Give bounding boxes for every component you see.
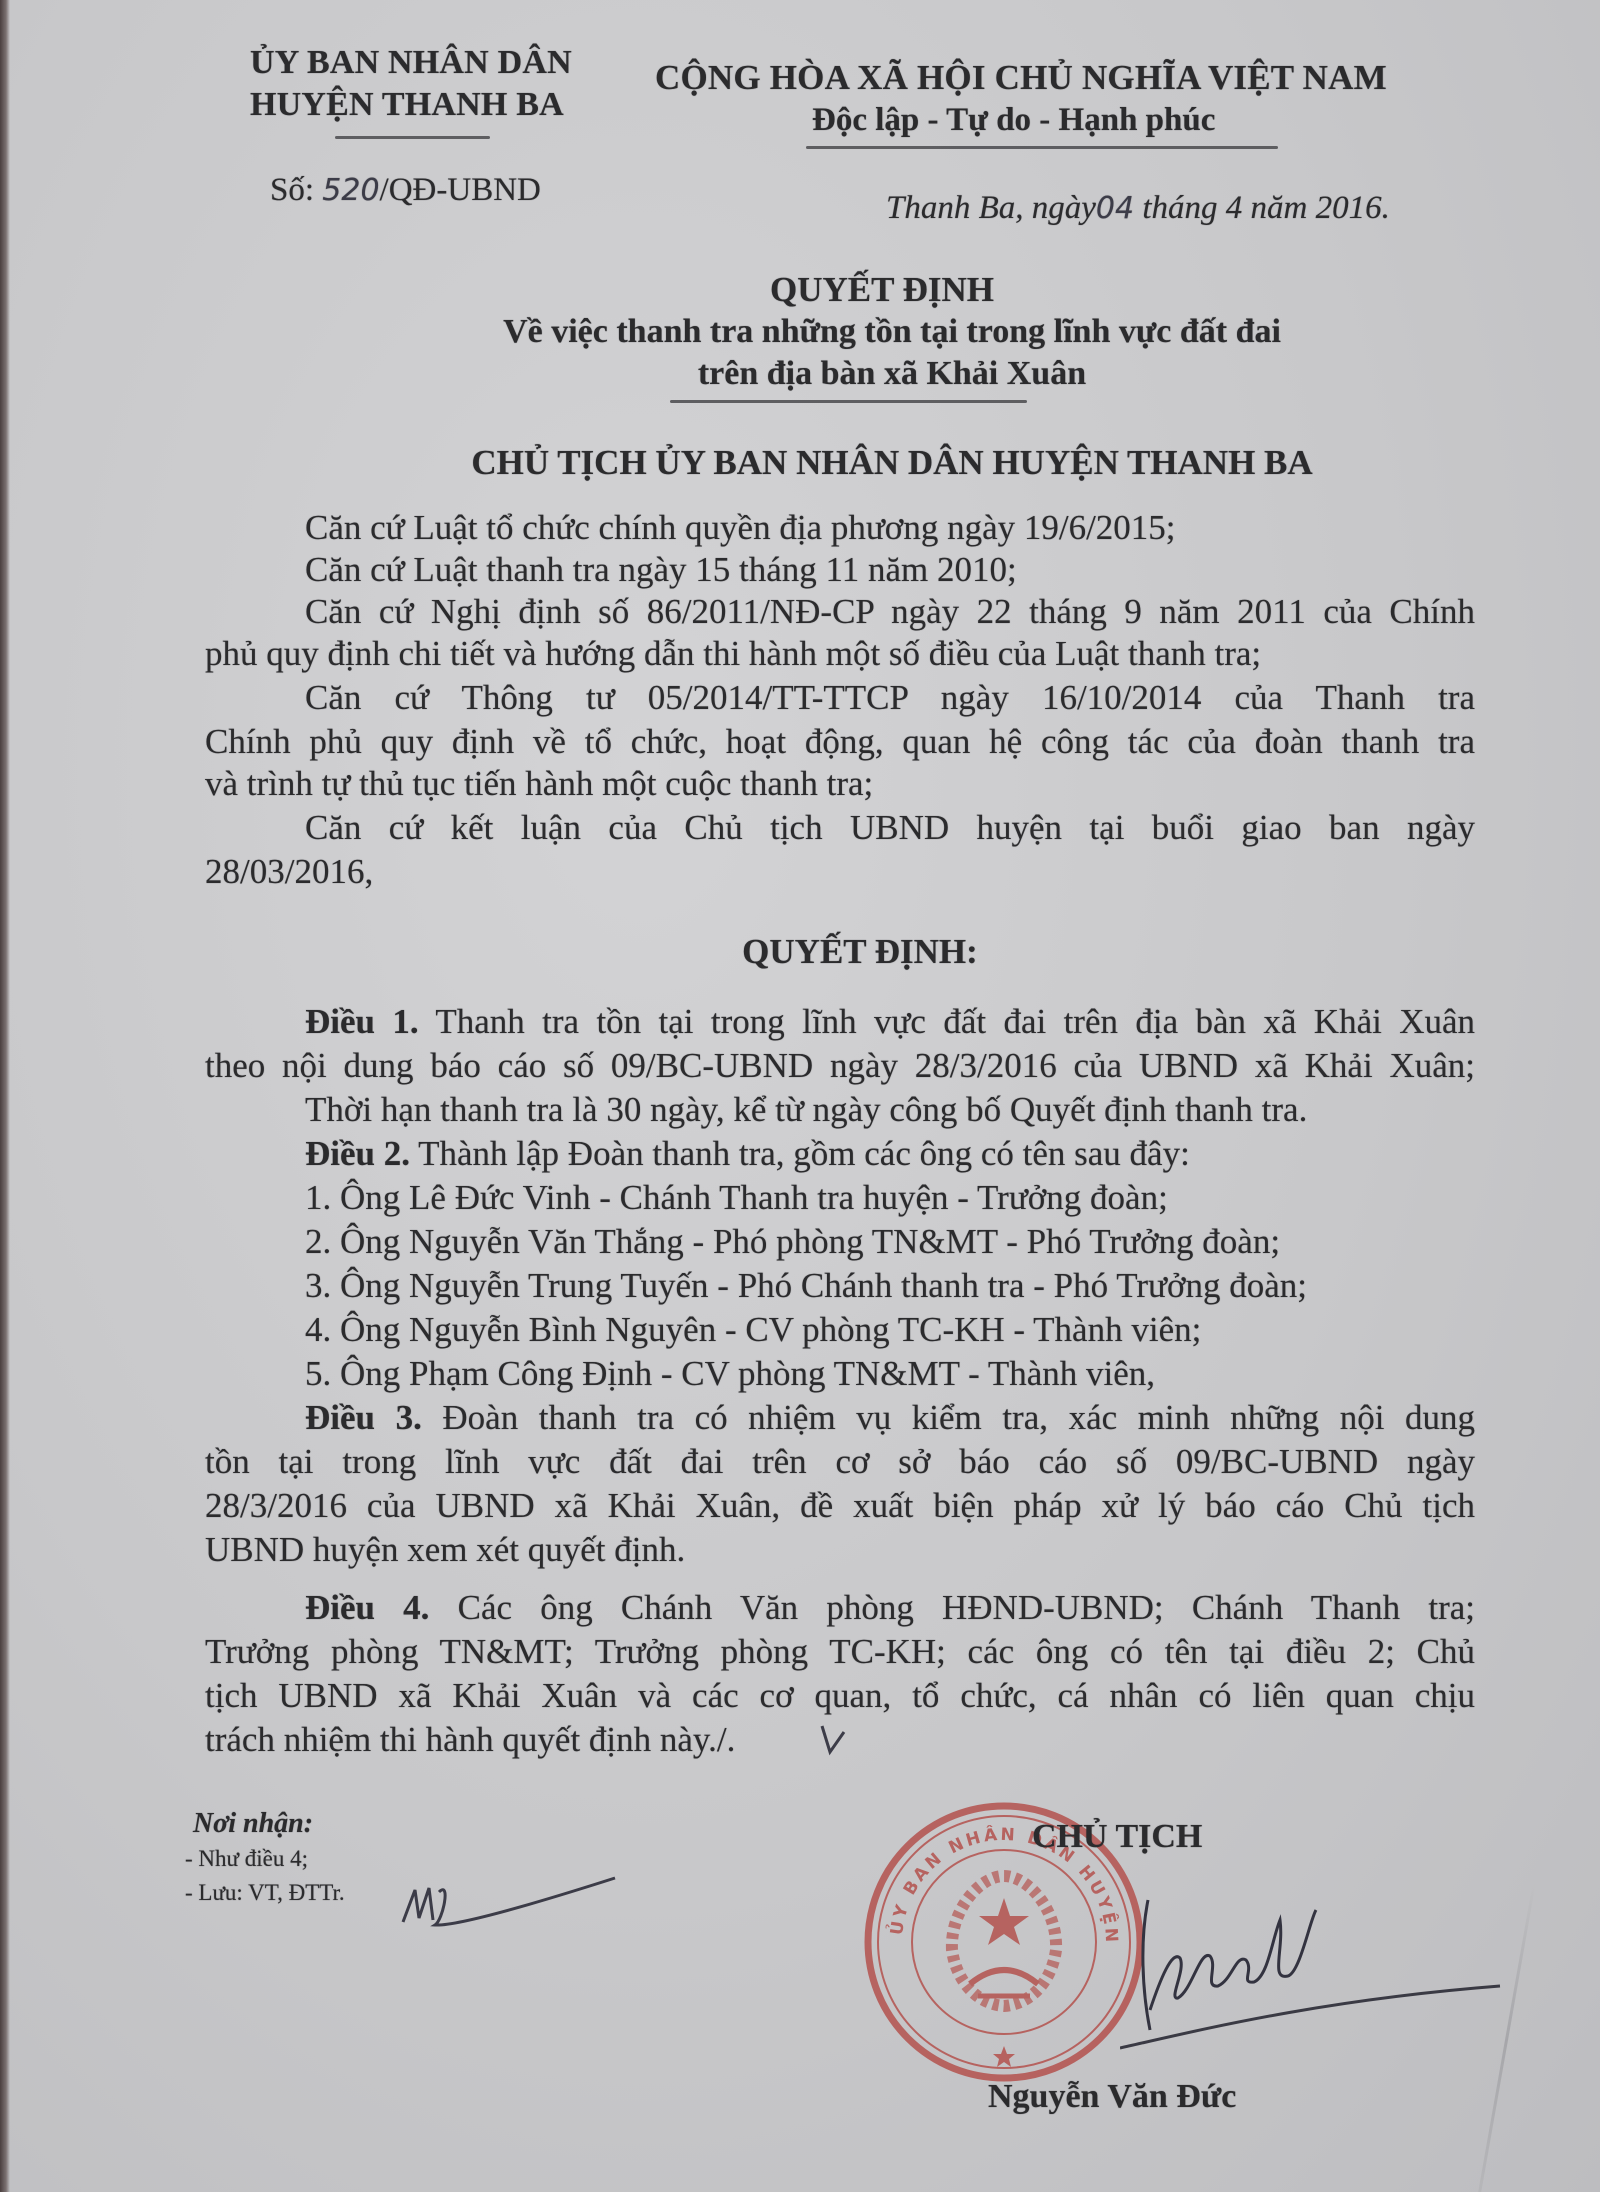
article-3-line: 28/3/2016 của UBND xã Khải Xuân, đề xuất… <box>205 1484 1475 1528</box>
article-4-line: tịch UBND xã Khải Xuân và các cơ quan, t… <box>205 1674 1475 1718</box>
preamble-line: Căn cứ Luật thanh tra ngày 15 tháng 11 n… <box>305 548 1475 592</box>
preamble-line: Căn cứ Luật tổ chức chính quyền địa phươ… <box>305 506 1475 550</box>
preamble-line: Căn cứ Nghị định số 86/2011/NĐ-CP ngày 2… <box>305 590 1475 634</box>
member-item: 5. Ông Phạm Công Định - CV phòng TN&MT -… <box>305 1352 1475 1396</box>
preamble-line: 28/03/2016, <box>205 850 1475 894</box>
doc-number: Số: 520/QĐ-UBND <box>270 172 541 209</box>
issue-date-day-handwritten: 04 <box>1096 191 1134 226</box>
initials-signature-icon <box>395 1870 655 1940</box>
article-4-label: Điều 4. <box>305 1588 429 1627</box>
member-item: 1. Ông Lê Đức Vinh - Chánh Thanh tra huy… <box>305 1176 1475 1220</box>
recipients-heading: Nơi nhận: <box>193 1808 313 1840</box>
article-2-label: Điều 2. <box>305 1134 410 1173</box>
article-4-line: Trưởng phòng TN&MT; Trưởng phòng TC-KH; … <box>205 1630 1475 1674</box>
signer-title: CHỦ TỊCH <box>1032 1818 1202 1856</box>
signer-name: Nguyễn Văn Đức <box>988 2078 1236 2116</box>
article-1-line: theo nội dung báo cáo số 09/BC-UBND ngày… <box>205 1044 1475 1088</box>
member-item: 2. Ông Nguyễn Văn Thắng - Phó phòng TN&M… <box>305 1220 1475 1264</box>
preamble-line: Căn cứ kết luận của Chủ tịch UBND huyện … <box>305 806 1475 850</box>
article-3-line: Điều 3. Đoàn thanh tra có nhiệm vụ kiểm … <box>305 1396 1475 1440</box>
handwritten-checkmark-icon <box>818 1722 848 1762</box>
issue-date: Thanh Ba, ngày04 tháng 4 năm 2016. <box>886 190 1390 227</box>
doc-number-label: Số: <box>270 172 314 208</box>
article-4-line: Điều 4. Các ông Chánh Văn phòng HĐND-UBN… <box>305 1586 1475 1630</box>
preamble-line: Chính phủ quy định về tổ chức, hoạt động… <box>205 720 1475 764</box>
nation-title: CỘNG HÒA XÃ HỘI CHỦ NGHĨA VIỆT NAM <box>655 58 1387 98</box>
recipient-item: - Lưu: VT, ĐTTr. <box>185 1880 345 1906</box>
handwritten-signature-icon <box>1120 1880 1520 2060</box>
document-subject-line1: Về việc thanh tra những tồn tại trong lĩ… <box>0 313 1600 351</box>
article-3-line: UBND huyện xem xét quyết định. <box>205 1528 1475 1572</box>
issue-date-suffix: tháng 4 năm 2016. <box>1142 190 1390 226</box>
article-1-label: Điều 1. <box>305 1002 419 1041</box>
document-subject-line2: trên địa bàn xã Khải Xuân <box>0 355 1600 393</box>
motto-underline <box>806 146 1278 149</box>
document-title: QUYẾT ĐỊNH <box>0 270 1600 310</box>
subject-underline <box>670 400 1027 403</box>
issue-date-prefix: Thanh Ba, ngày <box>886 190 1096 226</box>
issuing-authority: CHỦ TỊCH ỦY BAN NHÂN DÂN HUYỆN THANH BA <box>0 443 1600 483</box>
org-name-line1: ỦY BAN NHÂN DÂN <box>250 44 572 82</box>
org-underline <box>335 136 490 139</box>
recipient-item: - Như điều 4; <box>185 1846 308 1872</box>
article-3-label: Điều 3. <box>305 1398 422 1437</box>
nation-motto: Độc lập - Tự do - Hạnh phúc <box>812 102 1215 139</box>
article-2-line: Điều 2. Thành lập Đoàn thanh tra, gồm cá… <box>305 1132 1475 1176</box>
article-1-line: Thời hạn thanh tra là 30 ngày, kể từ ngà… <box>305 1088 1475 1132</box>
article-1-line: Điều 1. Thanh tra tồn tại trong lĩnh vực… <box>305 1000 1475 1044</box>
member-item: 3. Ông Nguyễn Trung Tuyến - Phó Chánh th… <box>305 1264 1475 1308</box>
decision-heading: QUYẾT ĐỊNH: <box>0 932 1600 972</box>
org-name-line2: HUYỆN THANH BA <box>250 86 564 124</box>
preamble-line: phủ quy định chi tiết và hướng dẫn thi h… <box>205 632 1475 676</box>
preamble-line: Căn cứ Thông tư 05/2014/TT-TTCP ngày 16/… <box>305 676 1475 720</box>
doc-number-suffix: /QĐ-UBND <box>380 172 541 208</box>
doc-number-handwritten: 520 <box>322 173 379 208</box>
preamble-line: và trình tự thủ tục tiến hành một cuộc t… <box>205 762 1475 806</box>
article-3-line: tồn tại trong lĩnh vực đất đai trên cơ s… <box>205 1440 1475 1484</box>
member-item: 4. Ông Nguyễn Bình Nguyên - CV phòng TC-… <box>305 1308 1475 1352</box>
